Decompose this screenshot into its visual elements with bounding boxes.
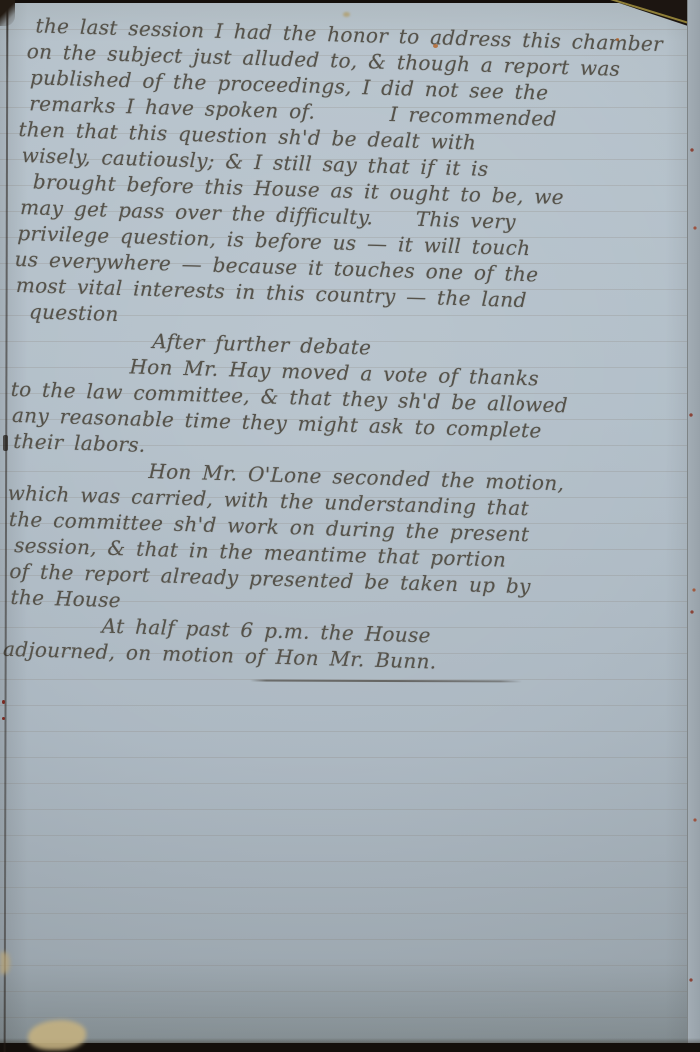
- page-top-edge: [0, 0, 700, 3]
- fore-edge-strip: [687, 0, 700, 1052]
- bottom-left-worn-spot: [28, 1020, 86, 1050]
- top-left-corner-smudge: [0, 0, 15, 26]
- scanned-manuscript-page: the last session I had the honor to addr…: [0, 0, 700, 1052]
- orange-stain: [616, 38, 619, 41]
- tan-stain: [343, 12, 350, 17]
- orange-stain: [433, 44, 438, 48]
- page-bottom-edge: [0, 1043, 700, 1052]
- binding-gutter-mark: [3, 435, 8, 451]
- manuscript-text: the last session I had the honor to addr…: [3, 12, 690, 682]
- red-speck: [2, 717, 5, 720]
- left-edge-worn-spot: [0, 952, 10, 974]
- red-speck: [2, 700, 5, 704]
